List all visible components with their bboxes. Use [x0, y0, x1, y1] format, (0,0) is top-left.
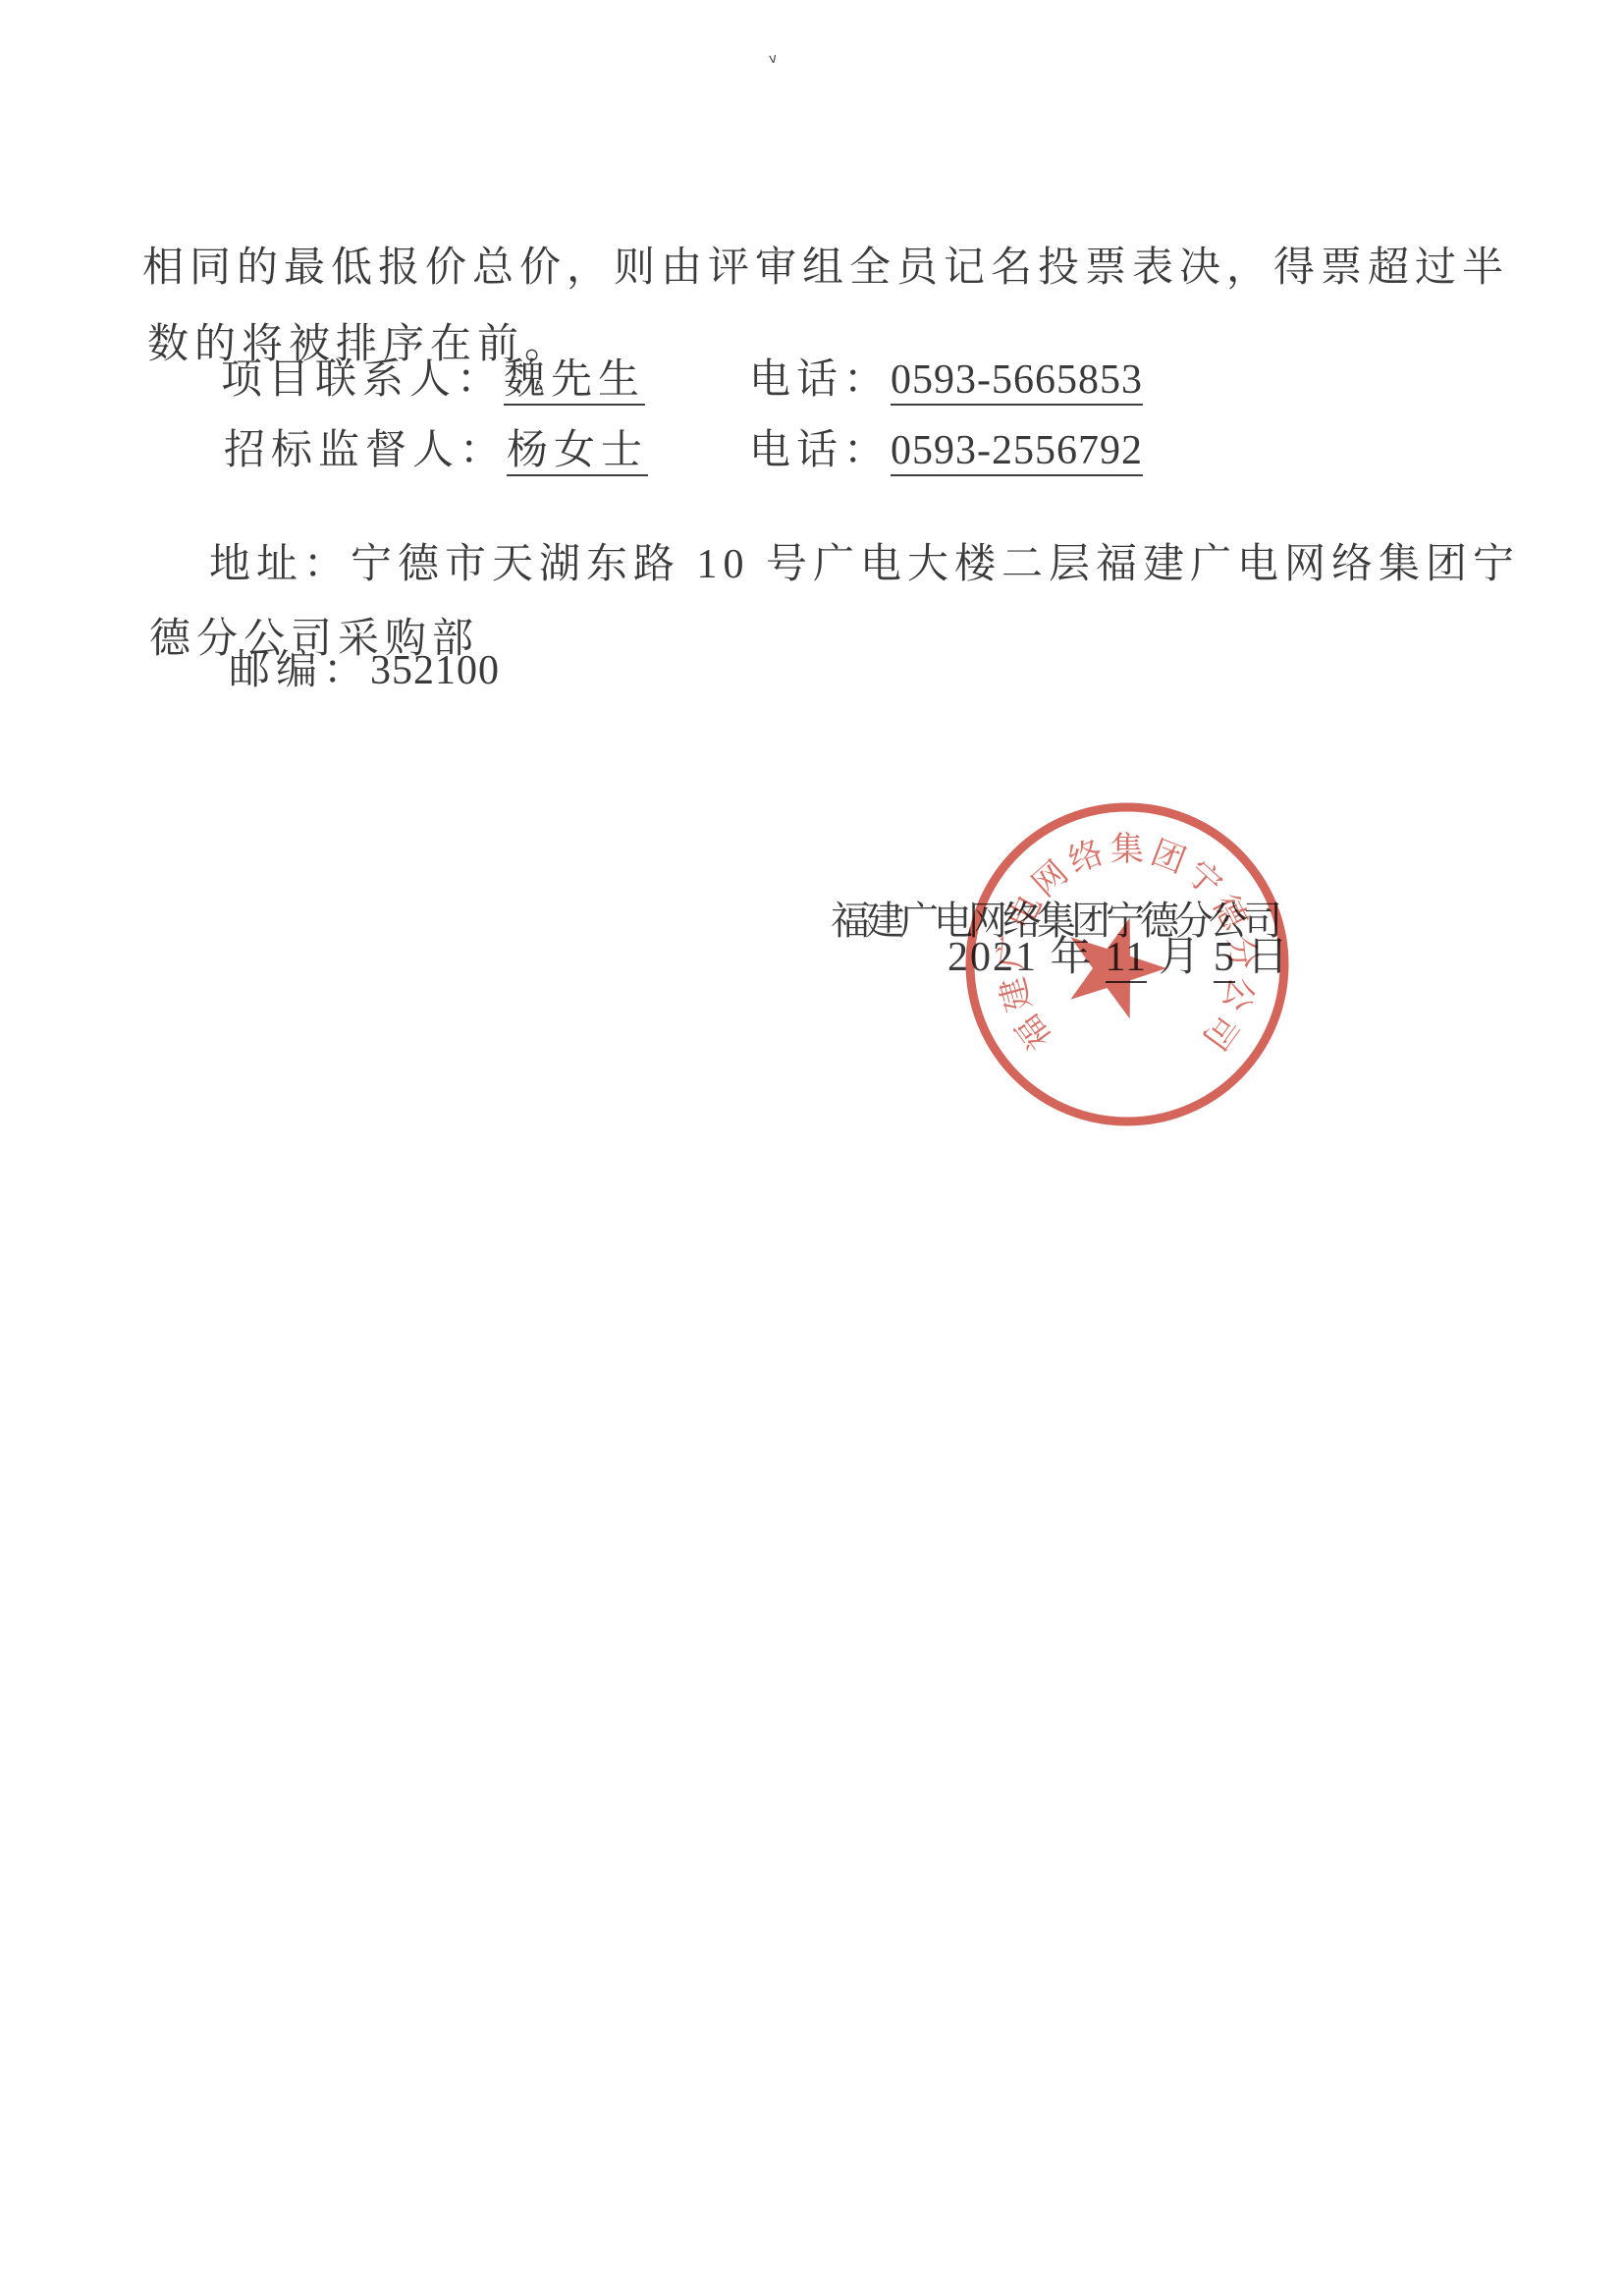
supervisor-phone-number: 0593-2556792 [891, 429, 1143, 476]
date-month: 11 [1106, 936, 1147, 983]
address-line-1: 地址：宁德市天湖东路 10 号广电大楼二层福建广电网络集团宁 [209, 540, 1520, 589]
postcode-row: 邮编：352100 [229, 646, 500, 695]
postcode-label: 邮编： [229, 646, 370, 695]
project-contact-label: 项目联系人： [221, 355, 504, 405]
document-page: v 相同的最低报价总价，则由评审组全员记名投票表决，得票超过半 数的将被排序在前… [0, 0, 1623, 2296]
date-day-unit: 日 [1247, 933, 1290, 982]
supervisor-contact-name: 杨女士 [507, 429, 648, 476]
svg-text:司: 司 [1195, 1008, 1244, 1056]
supervisor-phone-label: 电话： [749, 426, 891, 475]
paragraph-line-1: 相同的最低报价总价，则由评审组全员记名投票表决，得票超过半 [142, 244, 1509, 293]
svg-text:络: 络 [1063, 834, 1108, 881]
svg-text:福: 福 [1010, 1008, 1059, 1056]
supervisor-phone-row: 电话：0593-2556792 [749, 426, 1143, 476]
project-contact-row: 项目联系人：魏先生 [221, 355, 645, 406]
supervisor-contact-row: 招标监督人：杨女士 [224, 426, 648, 476]
project-phone-label: 电话： [749, 355, 891, 405]
postcode-value: 352100 [370, 646, 500, 695]
project-phone-number: 0593-5665853 [891, 358, 1143, 406]
signature-date: 2021 年 11 月 5 日 [947, 933, 1290, 983]
date-month-unit: 月 [1159, 933, 1202, 982]
svg-text:宁: 宁 [1179, 854, 1229, 904]
supervisor-contact-label: 招标监督人： [224, 426, 507, 475]
project-phone-row: 电话：0593-5665853 [749, 355, 1143, 406]
svg-text:集: 集 [1110, 831, 1144, 868]
scan-artifact-mark: v [768, 50, 779, 67]
project-contact-name: 魏先生 [504, 358, 645, 406]
date-day: 5 [1214, 936, 1235, 983]
svg-text:团: 团 [1146, 835, 1190, 881]
date-year: 2021 年 [947, 933, 1094, 982]
svg-text:网: 网 [1026, 854, 1075, 903]
